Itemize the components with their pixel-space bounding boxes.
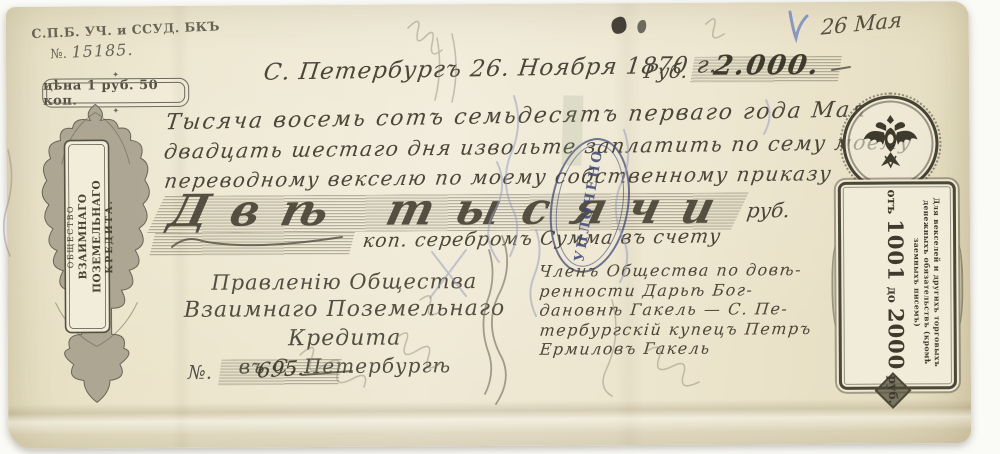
payee-line1: Правленію Общества (165, 268, 523, 296)
revenue-stamp-emblem (842, 95, 939, 192)
double-eagle-icon (859, 112, 921, 174)
payee-line2: Взаимнаго Поземельнаго Кредита (165, 294, 523, 354)
revenue-stamp-text: Для векселей и другихъ торговыхъ денежны… (845, 189, 944, 376)
revenue-rub-label: руб. (886, 375, 900, 403)
amount-digits: 2.000. (689, 50, 844, 82)
member-line3: дановнѣ Гакель — С. Пе- (539, 299, 813, 320)
revenue-num-from: 1001 (883, 219, 908, 282)
pen-note-top-right: 26 Мая (820, 8, 902, 40)
rub-suffix: руб. (745, 198, 791, 222)
issuer-vignette: ОБЩЕСТВО ВЗАИМНАГО ПОЗЕМЕЛЬНАГО КРЕДИТА. (34, 102, 158, 405)
rub-label: Руб. (642, 59, 689, 83)
body-line2: двадцать шестаго дня извольте заплатить … (163, 130, 915, 164)
bank-stamp-number: 15185. (71, 40, 134, 62)
hatch-band-kopecks (149, 232, 355, 256)
bank-stamp-number-line: №. 15185. (50, 36, 221, 62)
promissory-note-paper: С.П.Б. УЧ. и ССУД. БКЪ №. 15185. ✦ цѣна … (6, 1, 972, 449)
member-line2: ренности Дарьѣ Бог- (538, 280, 812, 301)
member-note: Членъ Общества по довѣ- ренности Дарьѣ Б… (539, 260, 812, 359)
bank-stamp-no-label: №. (50, 47, 67, 63)
number-label: №. (188, 362, 212, 384)
revenue-from-label: отъ (885, 189, 899, 214)
member-line1: Членъ Общества по довѣ- (538, 260, 812, 281)
body-line1: Тысяча восемь сотъ семьдесятъ перваго го… (164, 97, 869, 135)
revenue-to-label: до (885, 287, 899, 303)
payee-block: Правленію Общества Взаимнаго Поземельнаг… (165, 268, 524, 381)
bank-stamp: С.П.Б. УЧ. и ССУД. БКЪ №. 15185. (31, 18, 221, 63)
revenue-num-to: 2000 (883, 308, 908, 371)
issuer-line2: ВЗАИМНАГО ПОЗЕМЕЛЬНАГО (75, 142, 104, 330)
kopeck-line: коп. серебромъ Сумма въ счету (362, 225, 723, 252)
member-line5: Ермиловъ Гакель (539, 338, 813, 359)
member-line4: тербургскій купецъ Петръ (539, 319, 813, 340)
revenue-range-text: отъ 1001 до 2000 руб. (883, 189, 909, 375)
issuer-line3: КРЕДИТА. (103, 142, 116, 330)
stamp-bleedthrough (561, 95, 583, 166)
revenue-usage-text: Для векселей и другихъ торговыхъ денежны… (912, 189, 944, 375)
issuer-label: ОБЩЕСТВО ВЗАИМНАГО ПОЗЕМЕЛЬНАГО КРЕДИТА. (65, 142, 108, 330)
